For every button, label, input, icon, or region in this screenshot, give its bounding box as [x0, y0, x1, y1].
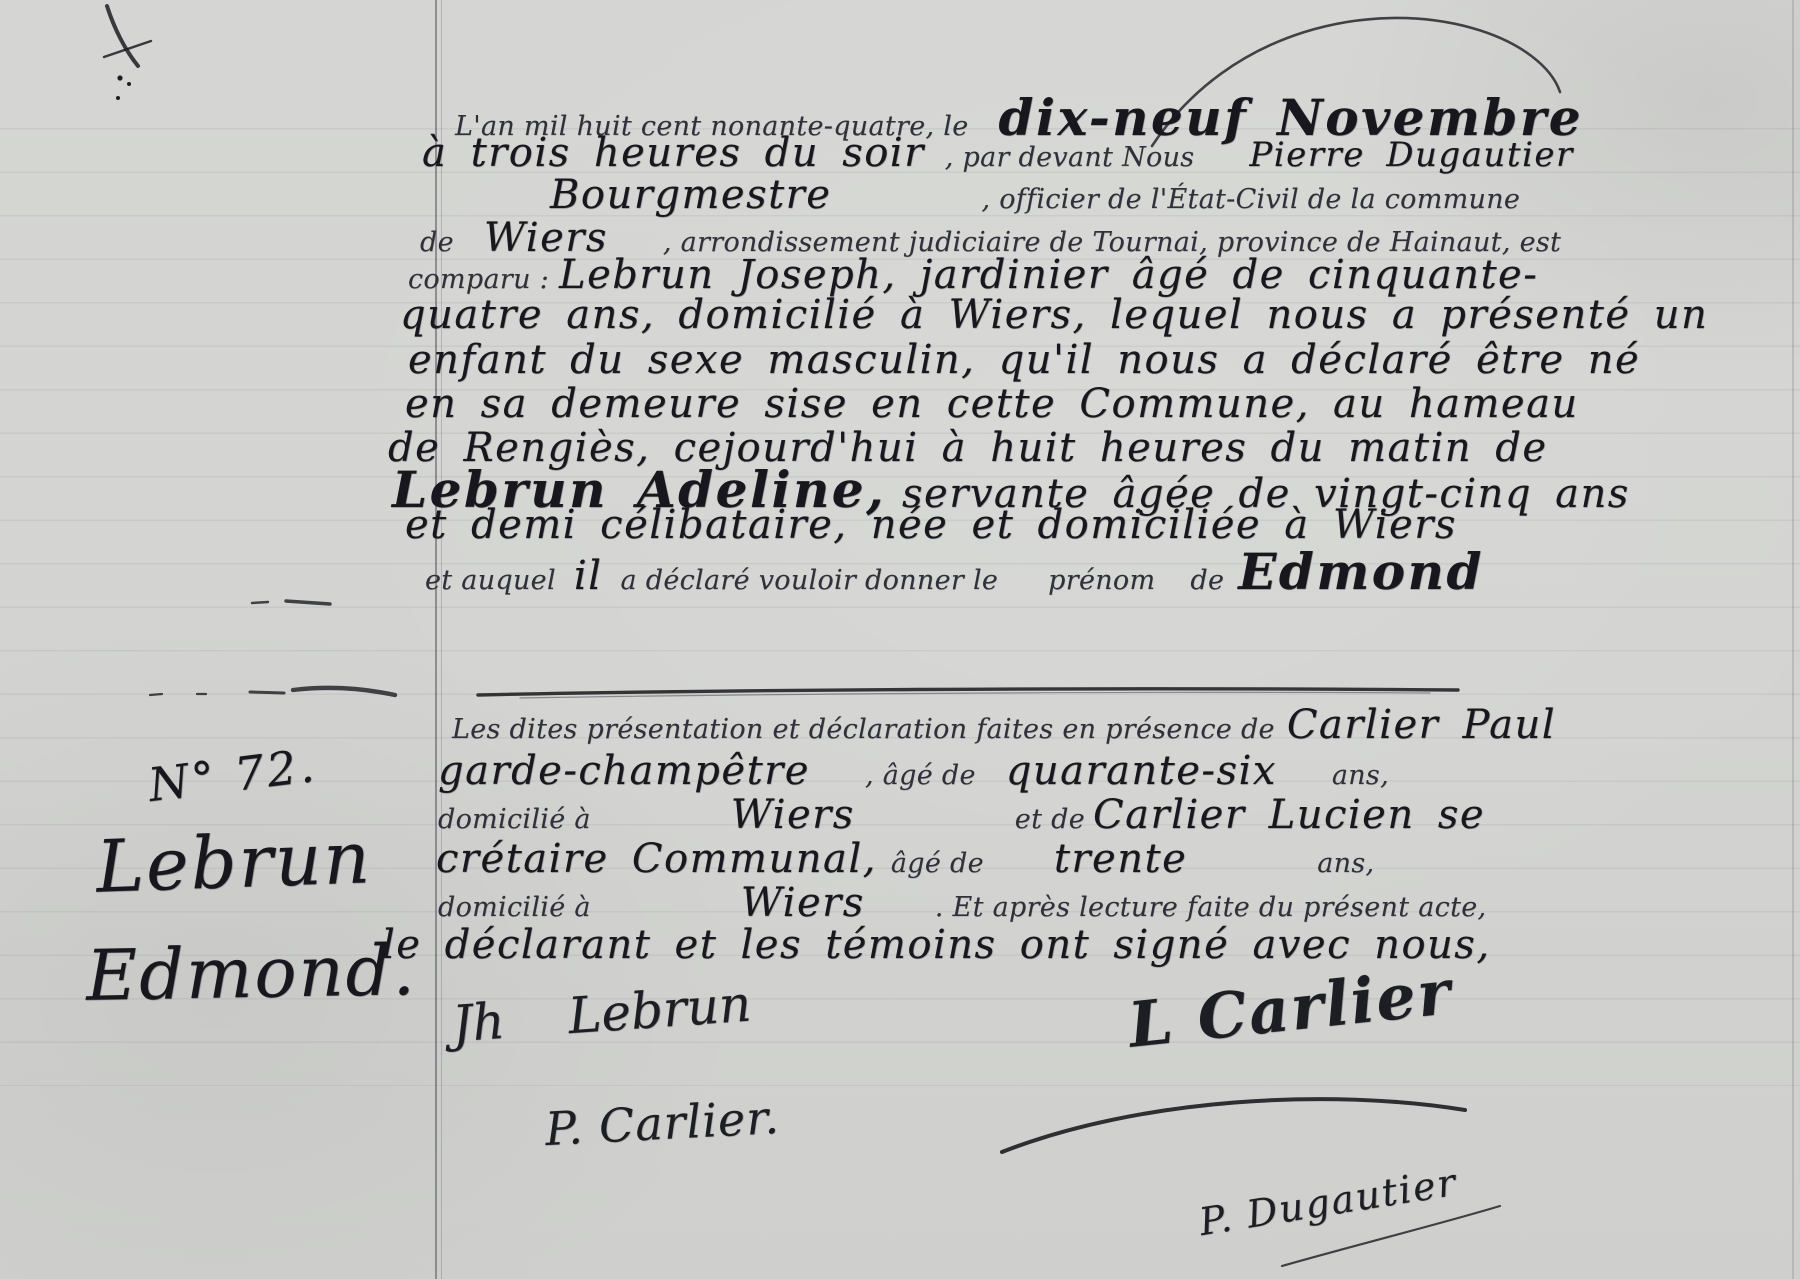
body-line: crétaire Communal,âgé detrenteans,: [436, 836, 1374, 882]
form-blank: [1277, 782, 1332, 784]
body-line: domicilié àWiers. Et après lecture faite…: [438, 880, 1486, 926]
body-line: Bourgmestre, officier de l'État-Civil de…: [550, 172, 1520, 218]
form-blank: [549, 286, 559, 288]
form-blank: [1194, 164, 1249, 166]
printed-text: a déclaré vouloir donner le: [620, 565, 998, 596]
printed-text: et auquel: [425, 565, 556, 596]
printed-text: et de: [1015, 804, 1085, 835]
body-line: domicilié àWierset deCarlier Lucien se: [438, 792, 1485, 838]
body-line: à trois heures du soir, par devant NousP…: [422, 130, 1574, 176]
printed-text: ans,: [1332, 760, 1389, 791]
form-blank: [831, 206, 981, 208]
form-blank: [591, 826, 731, 828]
body-line: quatre ans, domicilié à Wiers, lequel no…: [400, 292, 1708, 338]
signature-witness-p-carlier: P. Carlier.: [544, 1090, 781, 1156]
printed-text: prénom: [1048, 565, 1155, 596]
handwritten-text: Carlier Lucien se: [1093, 792, 1485, 838]
body-line: garde-champêtre, âgé dequarante-sixans,: [438, 748, 1389, 794]
form-blank: [1275, 736, 1287, 738]
printed-text: âgé de: [891, 848, 984, 879]
printed-text: ans,: [1317, 848, 1374, 879]
handwritten-text: quatre ans, domicilié à Wiers, lequel no…: [400, 292, 1708, 338]
printed-text: , officier de l'État-Civil de la commune: [981, 184, 1520, 215]
margin-child-given-name: Edmond.: [85, 929, 417, 1017]
body-line: et auquelila déclaré vouloir donner lepr…: [425, 542, 1484, 601]
form-blank: [1155, 587, 1190, 589]
form-blank: [1224, 587, 1238, 589]
form-blank: [865, 914, 935, 916]
handwritten-text: crétaire Communal,: [436, 836, 877, 882]
form-blank: [454, 249, 484, 251]
form-blank: [810, 782, 865, 784]
form-blank: [1187, 870, 1317, 872]
margin-child-surname: Lebrun: [95, 815, 373, 909]
printed-text: Les dites présentation et déclaration fa…: [452, 714, 1275, 745]
page-edge-line: [1792, 0, 1794, 1279]
handwritten-text: le déclarant et les témoins ont signé av…: [382, 922, 1491, 968]
body-line: enfant du sexe masculin, qu'il nous a dé…: [408, 337, 1640, 383]
form-blank: [984, 870, 1054, 872]
printed-text: de: [1190, 565, 1224, 596]
form-blank: [608, 249, 663, 251]
body-line: le déclarant et les témoins ont signé av…: [382, 922, 1491, 968]
signature-officer-dugautier: P. Dugautier: [1196, 1160, 1460, 1244]
body-line: en sa demeure sise en cette Commune, au …: [405, 381, 1579, 427]
carlier-signature-underline: [1002, 1099, 1465, 1152]
form-blank: [855, 826, 1015, 828]
handwritten-text: enfant du sexe masculin, qu'il nous a dé…: [408, 337, 1640, 383]
handwritten-text: Carlier Paul: [1287, 702, 1556, 748]
handwritten-text: Edmond: [1238, 542, 1484, 601]
printed-text: domicilié à: [438, 892, 591, 923]
handwritten-text: garde-champêtre: [438, 748, 810, 794]
handwritten-text: à trois heures du soir: [422, 130, 925, 176]
form-blank: [998, 587, 1048, 589]
handwritten-text: trente: [1054, 836, 1187, 882]
printed-text: comparu :: [408, 264, 549, 295]
handwritten-text: Wiers: [731, 792, 855, 838]
handwritten-text: il: [574, 553, 603, 599]
margin-rule-secondary: [441, 0, 442, 1279]
form-blank: [602, 587, 620, 589]
handwritten-text: quarante-six: [1006, 748, 1277, 794]
handwritten-text: Pierre Dugautier: [1249, 135, 1573, 175]
form-blank: [925, 164, 945, 166]
handwritten-text: en sa demeure sise en cette Commune, au …: [405, 381, 1579, 427]
body-line: Les dites présentation et déclaration fa…: [452, 702, 1556, 748]
printed-text: , par devant Nous: [945, 142, 1195, 173]
form-blank: [591, 914, 741, 916]
printed-text: . Et après lecture faite du présent acte…: [935, 892, 1487, 923]
form-blank: [556, 587, 574, 589]
document-scan: N° 72. Lebrun Edmond. L'an mil huit cent…: [0, 0, 1800, 1279]
handwritten-text: Wiers: [741, 880, 865, 926]
form-blank: [976, 782, 1006, 784]
margin-rule: [435, 0, 437, 1279]
form-blank: [877, 870, 891, 872]
printed-text: , âgé de: [865, 760, 976, 791]
handwritten-text: Bourgmestre: [550, 172, 831, 218]
printed-text: domicilié à: [438, 804, 591, 835]
form-blank: [1085, 826, 1093, 828]
